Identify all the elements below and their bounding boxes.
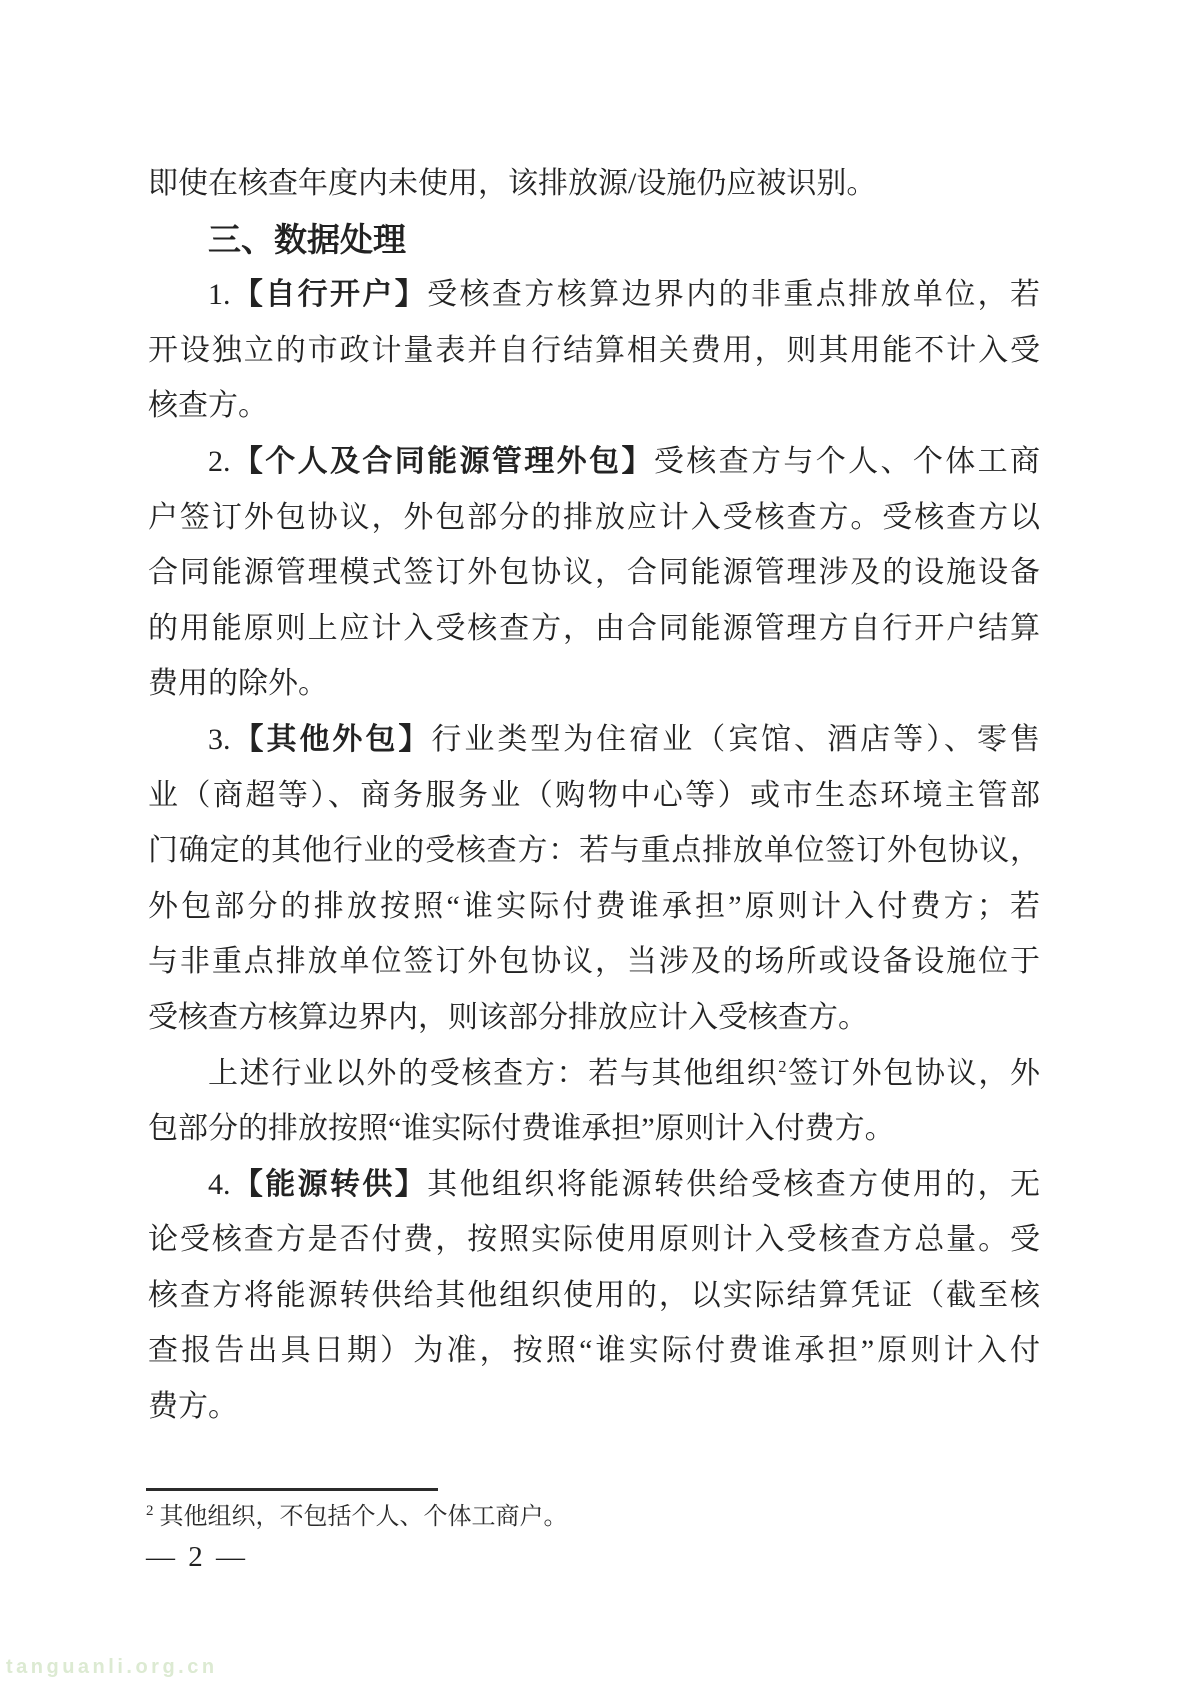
para2-line3: 合同能源管理模式签订外包协议，合同能源管理涉及的设施设备 [148, 545, 1040, 601]
para1-line3: 核查方。 [148, 378, 1040, 434]
para5-line3: 核查方将能源转供给其他组织使用的，以实际结算凭证（截至核 [148, 1268, 1040, 1324]
para4-line2-text: 包部分的排放按照“谁实际付费谁承担”原则计入付费方。 [148, 1112, 895, 1145]
para4-line1-text-after: 签订外包协议，外 [787, 1057, 1040, 1090]
para3-number: 3. [208, 723, 231, 756]
document-body: 即使在核查年度内未使用，该排放源/设施仍应被识别。 三、数据处理 1.【自行开户… [148, 156, 1040, 1435]
intro-text: 即使在核查年度内未使用，该排放源/设施仍应被识别。 [148, 167, 876, 200]
para3-line3: 门确定的其他行业的受核查方：若与重点排放单位签订外包协议， [148, 823, 1040, 879]
para2-line1-text: 受核查方与个人、个体工商 [654, 445, 1040, 478]
para2-line5: 费用的除外。 [148, 656, 1040, 712]
para5-line3-text: 核查方将能源转供给其他组织使用的，以实际结算凭证（截至核 [148, 1279, 1040, 1312]
para3-line1-text: 行业类型为住宿业（宾馆、酒店等）、零售 [431, 723, 1040, 756]
para3-line2: 业（商超等）、商务服务业（购物中心等）或市生态环境主管部 [148, 768, 1040, 824]
para1-number: 1. [208, 278, 231, 311]
intro-line: 即使在核查年度内未使用，该排放源/设施仍应被识别。 [148, 156, 1040, 212]
para5-line1: 4.【能源转供】其他组织将能源转供给受核查方使用的，无 [148, 1157, 1040, 1213]
para1-line2-text: 开设独立的市政计量表并自行结算相关费用，则其用能不计入受 [148, 334, 1040, 367]
para2-number: 2. [208, 445, 231, 478]
footnote-area: 2 其他组织，不包括个人、个体工商户。 — 2 — [146, 1488, 568, 1574]
para5-line5-text: 费方。 [148, 1390, 238, 1423]
para5-number: 4. [208, 1168, 231, 1201]
para1-line3-text: 核查方。 [148, 389, 268, 422]
para3-line5-text: 与非重点排放单位签订外包协议，当涉及的场所或设备设施位于 [148, 945, 1040, 978]
para3-title: 【其他外包】 [231, 723, 432, 756]
footnote-marker: 2 [146, 1503, 154, 1519]
footnote-separator [146, 1488, 438, 1491]
section-heading-text: 三、数据处理 [208, 221, 406, 258]
para3-line5: 与非重点排放单位签订外包协议，当涉及的场所或设备设施位于 [148, 934, 1040, 990]
page-number: — 2 — [146, 1541, 568, 1574]
watermark: tanguanli.org.cn [6, 1656, 218, 1679]
para3-line4-text: 外包部分的排放按照“谁实际付费谁承担”原则计入付费方；若 [148, 890, 1040, 923]
para2-line5-text: 费用的除外。 [148, 667, 328, 700]
para2-line2-text: 户签订外包协议，外包部分的排放应计入受核查方。受核查方以 [148, 501, 1040, 534]
para1-line1-text: 受核查方核算边界内的非重点排放单位，若 [427, 278, 1040, 311]
para5-line4: 查报告出具日期）为准，按照“谁实际付费谁承担”原则计入付 [148, 1323, 1040, 1379]
para2-line1: 2.【个人及合同能源管理外包】受核查方与个人、个体工商 [148, 434, 1040, 490]
para3-line3-text: 门确定的其他行业的受核查方：若与重点排放单位签订外包协议， [148, 834, 1040, 867]
para3-line6-text: 受核查方核算边界内，则该部分排放应计入受核查方。 [148, 1001, 868, 1034]
para5-line4-text: 查报告出具日期）为准，按照“谁实际付费谁承担”原则计入付 [148, 1334, 1040, 1367]
para5-line5: 费方。 [148, 1379, 1040, 1435]
para4-line2: 包部分的排放按照“谁实际付费谁承担”原则计入付费方。 [148, 1101, 1040, 1157]
para4-line1-text: 上述行业以外的受核查方：若与其他组织 [208, 1057, 778, 1090]
para2-title: 【个人及合同能源管理外包】 [231, 445, 654, 478]
section-heading: 三、数据处理 [148, 212, 1040, 268]
para2-line4-text: 的用能原则上应计入受核查方，由合同能源管理方自行开户结算 [148, 612, 1040, 645]
para3-line1: 3.【其他外包】行业类型为住宿业（宾馆、酒店等）、零售 [148, 712, 1040, 768]
para1-title: 【自行开户】 [231, 278, 428, 311]
footnote-text: 其他组织，不包括个人、个体工商户。 [154, 1504, 568, 1530]
para5-line1-text: 其他组织将能源转供给受核查方使用的，无 [427, 1168, 1040, 1201]
para5-line2-text: 论受核查方是否付费，按照实际使用原则计入受核查方总量。受 [148, 1223, 1040, 1256]
para3-line6: 受核查方核算边界内，则该部分排放应计入受核查方。 [148, 990, 1040, 1046]
para5-line2: 论受核查方是否付费，按照实际使用原则计入受核查方总量。受 [148, 1212, 1040, 1268]
para3-line4: 外包部分的排放按照“谁实际付费谁承担”原则计入付费方；若 [148, 879, 1040, 935]
document-page: 即使在核查年度内未使用，该排放源/设施仍应被识别。 三、数据处理 1.【自行开户… [0, 0, 1190, 1683]
para2-line3-text: 合同能源管理模式签订外包协议，合同能源管理涉及的设施设备 [148, 556, 1040, 589]
para2-line2: 户签订外包协议，外包部分的排放应计入受核查方。受核查方以 [148, 490, 1040, 546]
para2-line4: 的用能原则上应计入受核查方，由合同能源管理方自行开户结算 [148, 601, 1040, 657]
para4-line1: 上述行业以外的受核查方：若与其他组织2签订外包协议，外 [148, 1046, 1040, 1102]
footnote-reference: 2 [778, 1057, 786, 1076]
para5-title: 【能源转供】 [231, 1168, 428, 1201]
para1-line2: 开设独立的市政计量表并自行结算相关费用，则其用能不计入受 [148, 323, 1040, 379]
footnote: 2 其他组织，不包括个人、个体工商户。 [146, 1502, 568, 1532]
para1-line1: 1.【自行开户】受核查方核算边界内的非重点排放单位，若 [148, 267, 1040, 323]
para3-line2-text: 业（商超等）、商务服务业（购物中心等）或市生态环境主管部 [148, 779, 1040, 812]
